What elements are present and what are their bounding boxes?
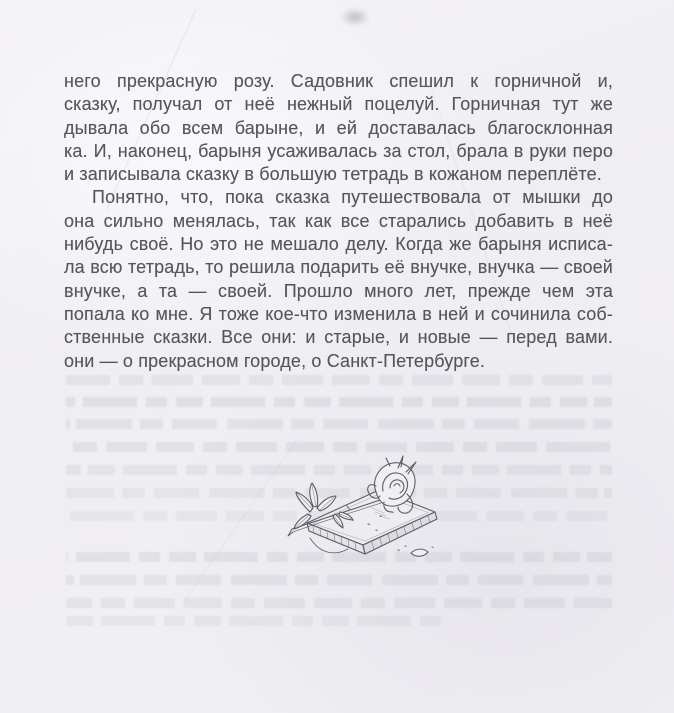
text-line: нибудь своё. Но это не мешало делу. Когд… <box>64 233 613 256</box>
story-text: него прекрасную розу. Садовник спешил к … <box>64 70 613 373</box>
text-line: дывала обо всем барыне, и ей доставалась… <box>64 117 613 140</box>
bleedthrough-row <box>66 419 612 429</box>
bleedthrough-row <box>66 575 612 585</box>
text-line: ла всю тетрадь, то решила подарить её вн… <box>64 256 613 279</box>
book-page: него прекрасную розу. Садовник спешил к … <box>0 0 674 713</box>
paper-smudge <box>340 8 370 26</box>
rose-on-book-illustration <box>280 450 455 572</box>
text-line: ка. И, наконец, барыня усаживалась за ст… <box>64 140 613 163</box>
text-line: ственные сказки. Все они: и старые, и но… <box>64 326 613 349</box>
text-line: сказку, получал от неё нежный поцелуй. Г… <box>64 93 613 116</box>
bleedthrough-row <box>66 397 612 407</box>
bleedthrough-row <box>66 616 446 626</box>
text-line: они — о прекрасном городе, о Санкт-Петер… <box>64 350 613 373</box>
text-line: него прекрасную розу. Садовник спешил к … <box>64 70 613 93</box>
rose-on-book-sketch-svg <box>280 450 455 572</box>
text-line: она сильно менялась, так как все старали… <box>64 210 613 233</box>
text-line: Понятно, что, пока сказка путешествовала… <box>64 186 613 209</box>
text-line: попала ко мне. Я тоже кое-что изменила в… <box>64 303 613 326</box>
text-line: внучке, а та — своей. Прошло много лет, … <box>64 280 613 303</box>
bleedthrough-row <box>66 375 612 385</box>
bleedthrough-row <box>66 598 612 608</box>
text-line: и записывала сказку в большую тетрадь в … <box>64 163 613 186</box>
